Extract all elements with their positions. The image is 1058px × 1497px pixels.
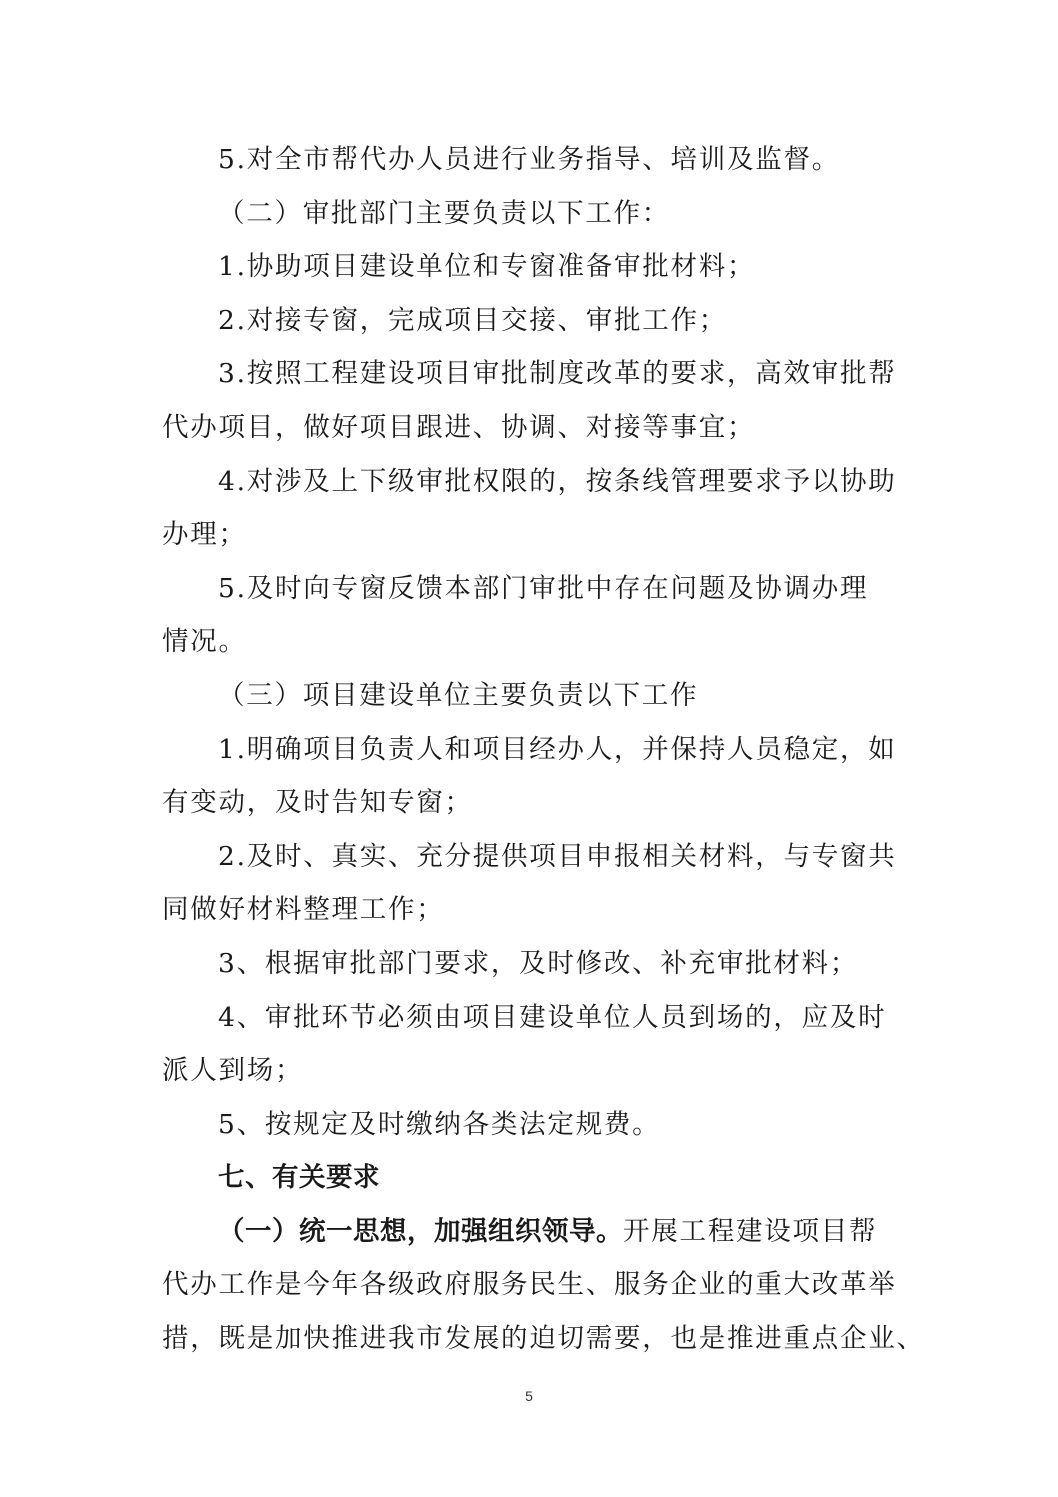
paragraph-line: 措，既是加快推进我市发展的迫切需要，也是推进重点企业、 [162, 1312, 902, 1366]
page-number: 5 [0, 1388, 1058, 1404]
list-item: 4、审批环节必须由项目建设单位人员到场的，应及时 [162, 991, 902, 1045]
section-heading: 七、有关要求 [162, 1151, 902, 1205]
list-item: 2.及时、真实、充分提供项目申报相关材料，与专窗共 [162, 830, 902, 884]
list-item-continuation: 同做好材料整理工作； [162, 883, 902, 937]
subsection-heading: （二）审批部门主要负责以下工作： [162, 187, 902, 241]
document-page: 5.对全市帮代办人员进行业务指导、培训及监督。 （二）审批部门主要负责以下工作：… [0, 0, 1058, 1497]
paragraph-first-line: （一）统一思想，加强组织领导。开展工程建设项目帮 [162, 1205, 902, 1259]
document-body: 5.对全市帮代办人员进行业务指导、培训及监督。 （二）审批部门主要负责以下工作：… [162, 133, 902, 1366]
paragraph-line: 代办工作是今年各级政府服务民生、服务企业的重大改革举 [162, 1258, 902, 1312]
list-item: 1.协助项目建设单位和专窗准备审批材料； [162, 240, 902, 294]
list-item: 5.对全市帮代办人员进行业务指导、培训及监督。 [162, 133, 902, 187]
list-item: 5、按规定及时缴纳各类法定规费。 [162, 1098, 902, 1152]
list-item: 2.对接专窗，完成项目交接、审批工作； [162, 294, 902, 348]
list-item-continuation: 代办项目，做好项目跟进、协调、对接等事宜； [162, 401, 902, 455]
list-item: 5.及时向专窗反馈本部门审批中存在问题及协调办理 [162, 562, 902, 616]
subsection-heading: （三）项目建设单位主要负责以下工作 [162, 669, 902, 723]
list-item: 3、根据审批部门要求，及时修改、补充审批材料； [162, 937, 902, 991]
list-item-continuation: 派人到场； [162, 1044, 902, 1098]
paragraph-text: 开展工程建设项目帮 [623, 1216, 877, 1247]
list-item: 3.按照工程建设项目审批制度改革的要求，高效审批帮 [162, 347, 902, 401]
list-item-continuation: 情况。 [162, 615, 902, 669]
list-item: 4.对涉及上下级审批权限的，按条线管理要求予以协助 [162, 455, 902, 509]
list-item: 1.明确项目负责人和项目经办人，并保持人员稳定，如 [162, 723, 902, 777]
paragraph-lead-bold: （一）统一思想，加强组织领导。 [218, 1216, 623, 1247]
list-item-continuation: 有变动，及时告知专窗； [162, 776, 902, 830]
list-item-continuation: 办理； [162, 508, 902, 562]
